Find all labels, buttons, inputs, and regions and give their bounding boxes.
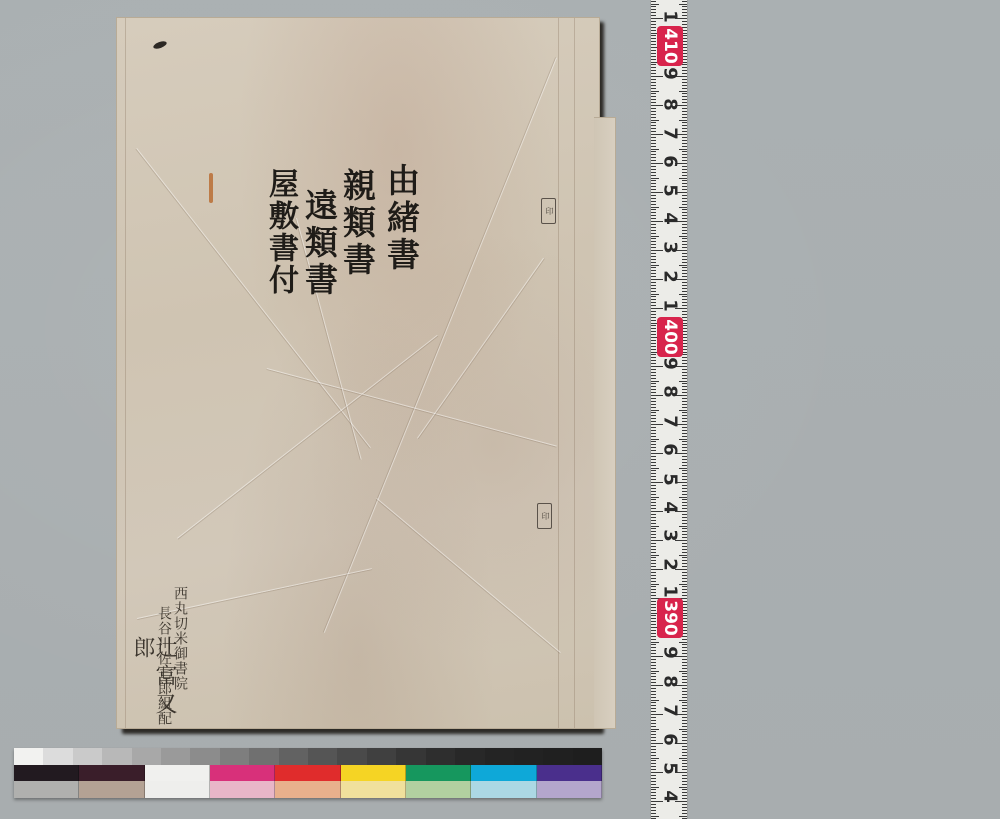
ruler-tick [682, 128, 687, 129]
ruler-tick [651, 450, 656, 451]
ruler-tick [651, 813, 656, 814]
ruler-tick [651, 209, 656, 210]
ruler-tick [651, 21, 656, 22]
ruler-tick [682, 537, 687, 538]
ruler-tick [651, 581, 656, 582]
ruler-tick [682, 563, 687, 564]
ruler-tick [651, 299, 656, 300]
ruler-tick [651, 787, 659, 788]
color-patch [145, 781, 210, 798]
ruler-tick [651, 479, 656, 480]
ruler-tick [682, 88, 687, 89]
ruler-tick [682, 546, 687, 547]
ruler-tick [651, 67, 656, 68]
ruler-tick [651, 810, 656, 811]
ruler-tick [682, 392, 687, 393]
ruler-tick [651, 256, 656, 257]
spine-line [574, 18, 575, 728]
ruler-tick [651, 160, 656, 161]
ruler-tick [682, 180, 687, 181]
ruler-tick [651, 505, 656, 506]
color-patch [406, 781, 471, 798]
ruler-tick [651, 236, 659, 237]
color-patch [471, 765, 536, 781]
ruler-tick [651, 726, 656, 727]
ruler-tick [682, 111, 687, 112]
ruler-tick [682, 502, 687, 503]
ruler-tick [651, 444, 656, 445]
ruler-tick [682, 195, 687, 196]
ruler-tick [651, 218, 656, 219]
ruler-tick [651, 711, 656, 712]
ruler-tick [651, 175, 656, 176]
ruler-tick [682, 665, 687, 666]
ruler-tick [651, 430, 656, 431]
ruler-tick [682, 224, 687, 225]
ruler-tick [682, 789, 687, 790]
seal-stamp: 印 [541, 198, 556, 224]
ruler-tick [682, 82, 687, 83]
ruler-tick [682, 262, 687, 263]
ruler-tick [682, 218, 687, 219]
ruler-tick [651, 186, 656, 187]
ruler-tick [651, 88, 656, 89]
ruler-tick [682, 12, 687, 13]
gray-patch [43, 748, 72, 765]
ruler-tick [651, 499, 656, 500]
ruler-tick [682, 441, 687, 442]
ruler-tick [651, 682, 656, 683]
ruler-tick [651, 456, 656, 457]
ruler-tick [682, 760, 687, 761]
ruler-tick [682, 476, 687, 477]
ruler-tick [682, 810, 687, 811]
ruler-tick [651, 111, 656, 112]
ruler-tick [651, 436, 656, 437]
ruler-tick [651, 520, 656, 521]
ruler-tick [651, 349, 656, 350]
gray-patch [161, 748, 190, 765]
ruler-tick [651, 259, 656, 260]
ruler-tick [682, 79, 687, 80]
gray-patch [73, 748, 102, 765]
ruler-tick [651, 314, 656, 315]
color-patch [537, 765, 602, 781]
ruler-tick [651, 288, 656, 289]
ruler-tick [651, 50, 656, 51]
ruler-tick [651, 526, 659, 527]
ruler-tick [651, 476, 656, 477]
ruler-tick [682, 233, 687, 234]
ruler-tick [682, 296, 687, 297]
ruler-tick [682, 137, 687, 138]
ruler-tick [651, 737, 656, 738]
ruler-tick [682, 169, 687, 170]
ruler-tick [651, 459, 656, 460]
ruler-tick [651, 267, 656, 268]
ruler-tick [651, 462, 656, 463]
ruler-tick [651, 302, 656, 303]
ruler-tick [682, 314, 687, 315]
ruler-tick [651, 807, 656, 808]
gray-patch [396, 748, 425, 765]
ruler-tick [651, 618, 656, 619]
ruler-tick [651, 346, 656, 347]
gray-patch [543, 748, 572, 765]
ruler-tick [682, 146, 687, 147]
ruler-tick [651, 311, 656, 312]
ruler-tick [651, 763, 656, 764]
ruler-tick [651, 340, 656, 341]
ruler-tick [651, 404, 656, 405]
color-patch-row-pastel [14, 781, 602, 798]
gray-patch [190, 748, 219, 765]
ruler-tick [651, 386, 656, 387]
ruler-tick [682, 804, 687, 805]
ruler-tick [651, 12, 656, 13]
ruler-tick [651, 418, 656, 419]
ruler-tick [682, 70, 687, 71]
ruler-tick [651, 494, 656, 495]
ruler-tick [651, 207, 659, 208]
ruler-tick [682, 15, 687, 16]
ruler-tick [651, 700, 659, 701]
ruler-label: 390 [660, 600, 680, 636]
ruler-tick [651, 439, 659, 440]
ruler-tick [651, 601, 656, 602]
ruler-tick [682, 241, 687, 242]
ruler-tick [651, 53, 656, 54]
ruler-tick [682, 517, 687, 518]
ruler-tick [651, 717, 656, 718]
ruler-tick [651, 143, 656, 144]
ruler-tick [651, 270, 656, 271]
ruler-tick [682, 407, 687, 408]
ruler-tick [682, 102, 687, 103]
gray-patch [426, 748, 455, 765]
ruler-tick [651, 79, 656, 80]
ruler-tick [651, 662, 656, 663]
ruler-tick [682, 436, 687, 437]
color-patch-row-saturated [14, 765, 602, 781]
ruler-tick [651, 691, 656, 692]
ruler-tick [682, 201, 687, 202]
ruler-tick [651, 56, 656, 57]
ruler-tick [682, 305, 687, 306]
ruler-tick [651, 781, 656, 782]
ruler-tick [651, 760, 656, 761]
ruler-tick [651, 334, 656, 335]
ruler-tick [651, 183, 656, 184]
ruler-tick [651, 73, 656, 74]
ruler-label: 8 [660, 92, 681, 118]
color-patch [79, 765, 144, 781]
ruler-tick [682, 1, 687, 2]
ruler-tick [651, 291, 656, 292]
ruler-tick [651, 647, 656, 648]
ruler-tick [651, 276, 656, 277]
ruler-tick [651, 697, 656, 698]
ruler-label: 9 [660, 640, 681, 666]
ruler-tick [682, 85, 687, 86]
gray-patch [367, 748, 396, 765]
ruler-tick [682, 470, 687, 471]
ruler-tick [651, 375, 656, 376]
ruler-tick [651, 343, 656, 344]
stain-mark [209, 173, 213, 203]
ruler-tick [651, 804, 656, 805]
ruler-tick [651, 749, 656, 750]
gray-patch [308, 748, 337, 765]
ruler-tick [651, 154, 656, 155]
ruler-tick [651, 705, 656, 706]
ruler-tick [651, 204, 656, 205]
color-calibration-chart [14, 748, 602, 798]
ruler-tick [682, 479, 687, 480]
gray-patch [485, 748, 514, 765]
ruler-tick [682, 491, 687, 492]
title-column-1: 由緒書 [385, 163, 418, 274]
color-patch [14, 765, 79, 781]
color-patch [79, 781, 144, 798]
ruler-tick [651, 189, 656, 190]
ruler-tick [682, 209, 687, 210]
gray-patch [514, 748, 543, 765]
ruler-tick [682, 93, 687, 94]
ruler-tick [682, 543, 687, 544]
ruler-tick [682, 688, 687, 689]
gray-patch [249, 748, 278, 765]
ruler-tick [651, 253, 656, 254]
ruler-label: 6 [660, 149, 681, 175]
ruler-tick [651, 410, 659, 411]
ruler-tick [651, 546, 656, 547]
ruler-tick [651, 6, 656, 7]
ruler-tick [682, 151, 687, 152]
ruler-label: 9 [660, 61, 681, 87]
ruler-tick [651, 117, 656, 118]
ruler-tick [651, 247, 656, 248]
ruler-tick [682, 131, 687, 132]
ruler-tick [682, 647, 687, 648]
ruler-tick [682, 813, 687, 814]
ruler-tick [651, 731, 656, 732]
ruler-tick [651, 575, 656, 576]
ruler-tick [682, 473, 687, 474]
ruler-tick [651, 630, 656, 631]
ruler-tick [651, 122, 656, 123]
ruler-tick [682, 528, 687, 529]
ruler-tick [651, 621, 656, 622]
ruler-tick [682, 372, 687, 373]
ruler-tick [682, 737, 687, 738]
ruler-tick [651, 421, 656, 422]
ruler-tick [682, 73, 687, 74]
ruler-tick [651, 285, 656, 286]
ruler-tick [651, 723, 656, 724]
ruler-tick [651, 128, 656, 129]
ruler-tick [682, 117, 687, 118]
ruler-tick [682, 520, 687, 521]
ruler-tick [651, 549, 656, 550]
ruler-tick [651, 317, 656, 318]
ruler-tick [682, 383, 687, 384]
ruler-tick [651, 30, 656, 31]
ruler-tick [651, 137, 656, 138]
ruler-tick [682, 763, 687, 764]
ruler-tick [651, 24, 656, 25]
ruler-label: 5 [660, 467, 681, 493]
ruler-tick [651, 473, 656, 474]
ruler-tick [651, 679, 656, 680]
ruler-tick [682, 27, 687, 28]
ruler-tick [651, 99, 656, 100]
ruler-tick [651, 589, 656, 590]
ruler-tick [651, 665, 656, 666]
grayscale-strip [14, 748, 602, 765]
ruler-tick [651, 415, 656, 416]
ruler-tick [651, 85, 656, 86]
ruler-tick [651, 172, 656, 173]
ruler-tick [651, 125, 656, 126]
ruler-tick [682, 769, 687, 770]
ruler-label: 410 [660, 28, 680, 64]
ruler-tick [651, 441, 656, 442]
ruler-tick [651, 320, 656, 321]
gray-patch [102, 748, 131, 765]
ruler-tick [651, 238, 656, 239]
ruler-tick [682, 288, 687, 289]
ruler-tick [651, 369, 656, 370]
ruler-label: 3 [660, 235, 681, 261]
ruler-tick [682, 575, 687, 576]
paper-crease [376, 498, 560, 653]
ruler-tick [682, 726, 687, 727]
ruler-label: 4 [660, 495, 681, 521]
ruler-tick [651, 44, 656, 45]
seal-stamp: 印 [537, 503, 552, 529]
ruler-tick [682, 697, 687, 698]
ruler-tick [651, 624, 656, 625]
ruler-tick [651, 604, 656, 605]
ruler-tick [651, 383, 656, 384]
ruler-tick [682, 766, 687, 767]
ruler-tick [682, 746, 687, 747]
ruler-label-badge: 390 [657, 598, 683, 638]
spine-line [558, 18, 559, 728]
ruler-tick [682, 668, 687, 669]
ruler-tick [682, 375, 687, 376]
ruler-tick [651, 502, 656, 503]
ruler-tick [682, 508, 687, 509]
ruler-tick [682, 6, 687, 7]
color-patch [341, 765, 406, 781]
color-patch [537, 781, 602, 798]
title-column-4: 屋敷書付 [265, 168, 295, 296]
ruler-tick [651, 708, 656, 709]
ruler-tick [682, 586, 687, 587]
spine-line [125, 18, 126, 728]
ruler-tick [651, 485, 656, 486]
ruler-tick [651, 146, 656, 147]
ruler-tick [682, 450, 687, 451]
ruler-tick [682, 401, 687, 402]
ruler-tick [682, 433, 687, 434]
ruler-tick [682, 99, 687, 100]
ruler-tick [651, 508, 656, 509]
ruler-tick [682, 659, 687, 660]
ruler-tick [682, 24, 687, 25]
ruler-tick [651, 120, 659, 121]
ruler-tick [682, 740, 687, 741]
ruler-tick [651, 27, 656, 28]
ruler-tick [682, 581, 687, 582]
ruler-tick [651, 201, 656, 202]
ruler-tick [682, 404, 687, 405]
ruler-tick [682, 552, 687, 553]
ruler-tick [651, 93, 656, 94]
ruler-tick [651, 82, 656, 83]
ruler-tick [682, 557, 687, 558]
ruler-tick [682, 798, 687, 799]
ruler-tick [682, 595, 687, 596]
ruler-tick [651, 543, 656, 544]
ruler-tick [682, 311, 687, 312]
ruler-tick [651, 35, 656, 36]
ruler-tick [682, 784, 687, 785]
gray-patch [14, 748, 43, 765]
gray-patch [455, 748, 484, 765]
ruler-tick [682, 589, 687, 590]
color-patch [210, 765, 275, 781]
ruler-tick [682, 386, 687, 387]
gray-patch [337, 748, 366, 765]
ruler-tick [651, 798, 656, 799]
ruler-tick [682, 354, 687, 355]
ruler-label: 400 [660, 319, 680, 355]
ruler-tick [651, 595, 656, 596]
ruler-tick [682, 186, 687, 187]
ruler-tick [682, 549, 687, 550]
ruler-tick [651, 644, 656, 645]
ruler-label: 2 [660, 264, 681, 290]
ruler-tick [651, 633, 656, 634]
ruler-tick [651, 262, 656, 263]
ruler-label: 5 [660, 178, 681, 204]
ruler-tick [682, 21, 687, 22]
ruler-tick [682, 792, 687, 793]
ruler-tick [651, 610, 656, 611]
ruler-tick [682, 212, 687, 213]
ruler-tick [682, 230, 687, 231]
ruler-tick [682, 140, 687, 141]
ruler-tick [682, 708, 687, 709]
ruler-tick [682, 560, 687, 561]
ruler-tick [651, 412, 656, 413]
ruler-tick [682, 592, 687, 593]
ruler-tick [651, 325, 656, 326]
ruler-tick [651, 224, 656, 225]
ruler-tick [651, 465, 656, 466]
ruler-tick [651, 381, 659, 382]
ruler-tick [682, 462, 687, 463]
ruler-tick [651, 769, 656, 770]
ruler-tick [651, 102, 656, 103]
ruler-tick [679, 816, 687, 817]
ruler-tick [651, 140, 656, 141]
ruler-tick [651, 720, 656, 721]
ruler-tick [651, 9, 656, 10]
